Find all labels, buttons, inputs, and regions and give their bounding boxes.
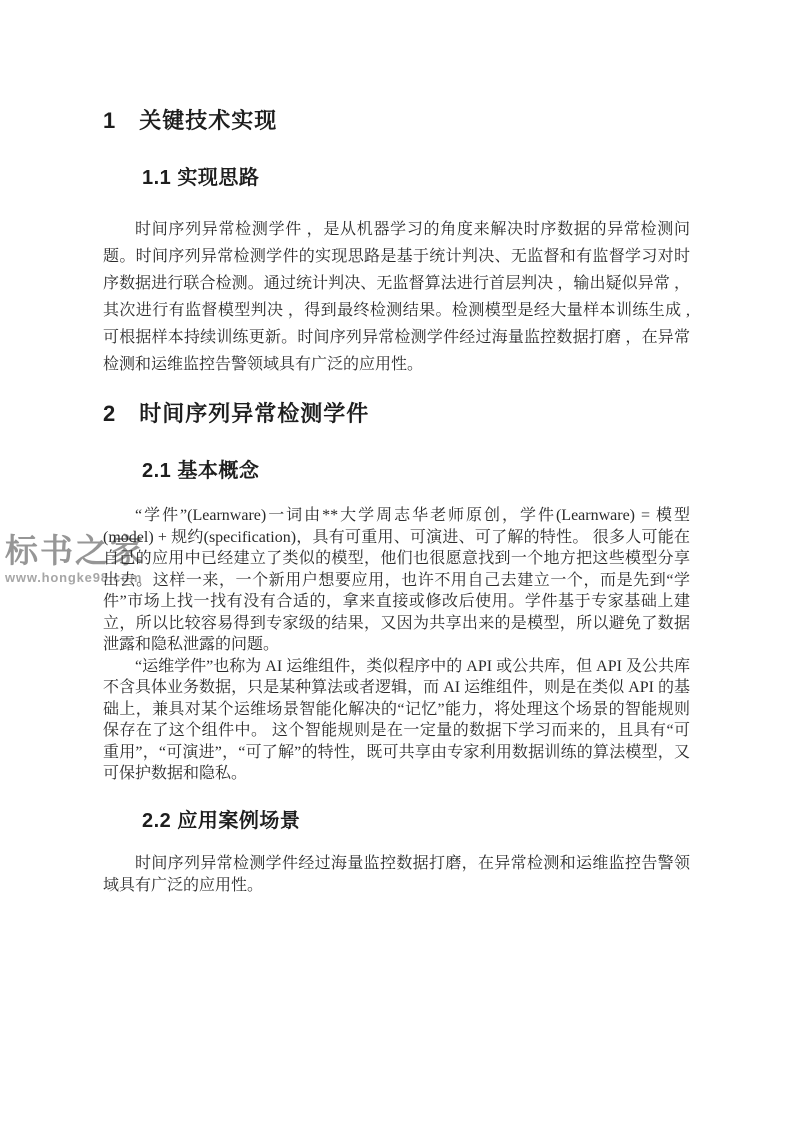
heading-section-1-1: 1.1 实现思路 [142, 161, 259, 190]
paragraph-learnware-concept: “学件”(Learnware)一词由**大学周志华老师原创，学件(Learnwa… [103, 505, 690, 656]
paragraph-ops-learnware: “运维学件”也称为 AI 运维组件，类似程序中的 API 或公共库，但 API … [103, 656, 690, 785]
basic-concepts-paragraphs: “学件”(Learnware)一词由**大学周志华老师原创，学件(Learnwa… [103, 505, 690, 785]
paragraph-application-scenario: 时间序列异常检测学件经过海量监控数据打磨，在异常检测和运维监控告警领域具有广泛的… [103, 853, 690, 897]
heading-section-1: 1 关键技术实现 [103, 104, 277, 135]
document-page: { "page": { "background": "#ffffff", "te… [0, 0, 793, 1122]
heading-section-2-2: 2.2 应用案例场景 [142, 804, 300, 833]
paragraph-implementation-approach: 时间序列异常检测学件 ，是从机器学习的角度来解决时序数据的异常检测问题。时间序列… [103, 216, 690, 378]
heading-section-2: 2 时间序列异常检测学件 [103, 397, 369, 428]
heading-section-2-1: 2.1 基本概念 [142, 454, 259, 483]
